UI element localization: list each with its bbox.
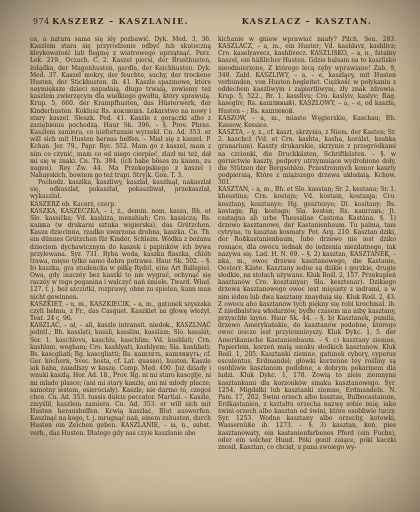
dictionary-paragraph: kichanie w gniew wprawiać miały? Pilch. … bbox=[218, 36, 396, 115]
dictionary-paragraph: KASZKIET, – u, m., KASZKIECIK, – a, m., … bbox=[30, 301, 211, 322]
dictionary-paragraph: KASZKA, KASZECZKA, – i, ż., demin. nom. … bbox=[30, 208, 211, 301]
running-head-left: KASZERZ – KASZLANIE. bbox=[30, 16, 211, 26]
dictionary-paragraph: KASZOW, – a, m., miasto Węgierskie, Kasc… bbox=[218, 115, 396, 129]
dictionary-paragraph: KASZLAĆ, – ał, – ali, kaszle intransit. … bbox=[30, 322, 211, 437]
right-column: kichanie w gniew wprawiać miały? Pilch. … bbox=[218, 36, 396, 451]
dictionary-paragraph: KASZERZ ob. Kacerz, czerp. bbox=[30, 201, 211, 208]
left-column: ca, a natura sama się iéy pozbawić. Dyk.… bbox=[30, 36, 211, 437]
dictionary-paragraph: Pochodz. kaszlka, kaszliwy, kaszlał, kas… bbox=[30, 179, 211, 200]
running-head-right: KASZLACZ – KASZTAN. bbox=[218, 16, 396, 26]
dictionary-paragraph: KASZTAN, – a, m., Bh. et Slo. kasstan; S… bbox=[218, 186, 396, 451]
dictionary-paragraph: KASZTA, – y, ż., cf. kaszt, skrzynia, z … bbox=[218, 129, 396, 186]
dictionary-page-scan: 974 KASZERZ – KASZLANIE. KASZLACZ – KASZ… bbox=[0, 0, 420, 512]
dictionary-paragraph: ca, a natura sama się iéy pozbawić. Dyk.… bbox=[30, 36, 211, 179]
